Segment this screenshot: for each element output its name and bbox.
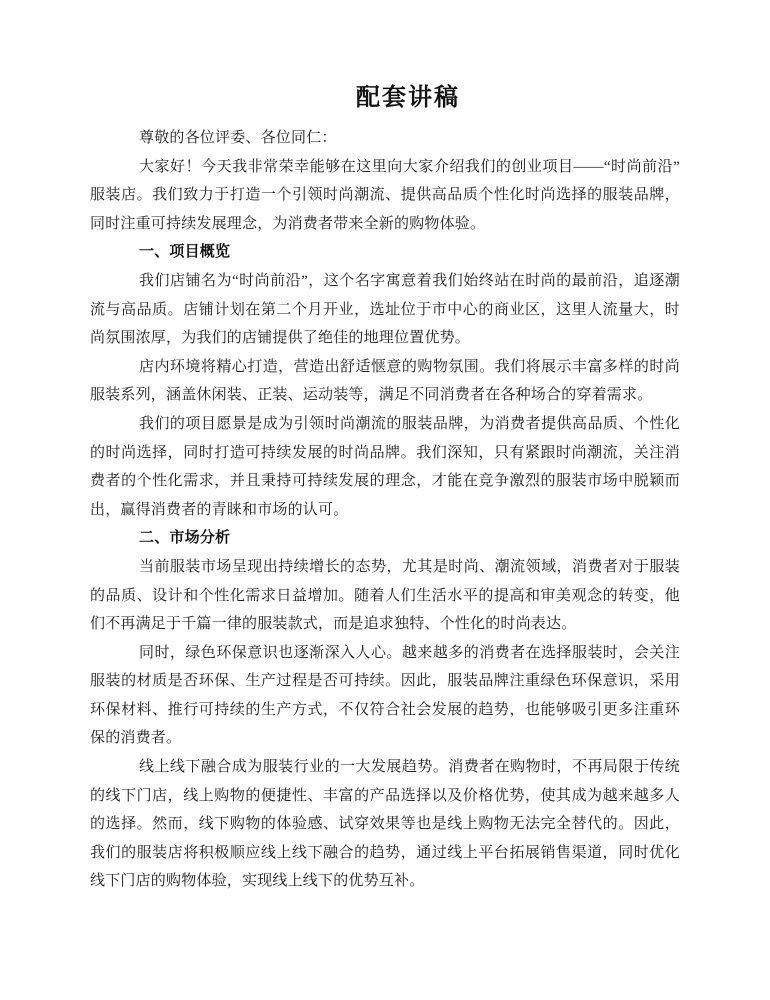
document-title: 配套讲稿 bbox=[90, 78, 680, 118]
paragraph-online-offline: 线上线下融合成为服装行业的一大发展趋势。消费者在购物时，不再局限于传统的线下门店… bbox=[90, 753, 680, 896]
intro-paragraph: 大家好！今天我非常荣幸能够在这里向大家介绍我们的创业项目——“时尚前沿”服装店。… bbox=[90, 153, 680, 239]
paragraph-eco-awareness: 同时，绿色环保意识也逐渐深入人心。越来越多的消费者在选择服装时，会关注服装的材质… bbox=[90, 639, 680, 753]
paragraph-store-name: 我们店铺名为“时尚前沿”，这个名字寓意着我们始终站在时尚的最前沿，追逐潮流与高品… bbox=[90, 267, 680, 353]
salutation-paragraph: 尊敬的各位评委、各位同仁： bbox=[90, 124, 680, 153]
paragraph-market-growth: 当前服装市场呈现出持续增长的态势，尤其是时尚、潮流领域，消费者对于服装的品质、设… bbox=[90, 553, 680, 639]
paragraph-store-environment: 店内环境将精心打造，营造出舒适惬意的购物氛围。我们将展示丰富多样的时尚服装系列，… bbox=[90, 353, 680, 410]
section-heading-project-overview: 一、项目概览 bbox=[90, 238, 680, 267]
paragraph-project-vision: 我们的项目愿景是成为引领时尚潮流的服装品牌，为消费者提供高品质、个性化的时尚选择… bbox=[90, 410, 680, 524]
section-heading-market-analysis: 二、市场分析 bbox=[90, 524, 680, 553]
document-page: 配套讲稿 尊敬的各位评委、各位同仁： 大家好！今天我非常荣幸能够在这里向大家介绍… bbox=[0, 0, 770, 1000]
